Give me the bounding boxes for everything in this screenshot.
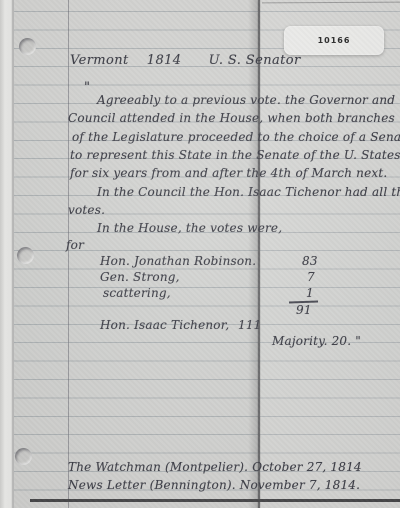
- citation-line: The Watchman (Montpelier). October 27, 1…: [68, 460, 362, 474]
- punch-hole-top: [19, 38, 36, 55]
- body-line: of the Legislature proceeded to the choi…: [72, 130, 400, 144]
- page-bottom-edge: [30, 499, 400, 502]
- page-title: Vermont 1814 U. S. Senator: [70, 53, 301, 68]
- body-line: In the Council the Hon. Isaac Tichenor h…: [97, 185, 400, 199]
- tally-row-label: Hon. Jonathan Robinson.: [100, 254, 256, 268]
- catalog-number: 10166: [318, 36, 351, 45]
- body-line: votes.: [68, 203, 105, 217]
- winner-value: 111: [238, 318, 262, 332]
- for-label: for: [66, 238, 84, 252]
- body-line: for six years from and after the 4th of …: [70, 166, 387, 180]
- punch-hole-middle: [17, 247, 34, 264]
- punch-hole-bottom: [15, 448, 32, 465]
- tally-row-value: 83: [302, 254, 318, 268]
- scanner-edge-strip: [0, 0, 14, 508]
- tally-row-value: 7: [307, 270, 315, 284]
- body-line: to represent this State in the Senate of…: [70, 148, 400, 162]
- winner-label: Hon. Isaac Tichenor,: [100, 318, 229, 332]
- notebook-paper: 10166 Vermont 1814 U. S. Senator " Agree…: [0, 0, 400, 508]
- center-fold-line: [258, 0, 260, 508]
- body-line: In the House, the votes were,: [97, 221, 282, 235]
- right-page-area: [260, 0, 400, 508]
- tally-row-value: 1: [306, 286, 314, 300]
- catalog-sticker: 10166: [284, 26, 384, 55]
- document-scan: 10166 Vermont 1814 U. S. Senator " Agree…: [0, 0, 400, 508]
- margin-line: [68, 0, 69, 508]
- majority-note: Majority. 20. ": [272, 334, 361, 348]
- total-value: 91: [296, 303, 312, 317]
- tally-row-label: Gen. Strong,: [100, 270, 180, 284]
- citation-line: News Letter (Bennington). November 7, 18…: [68, 478, 360, 492]
- body-line: Council attended in the House, when both…: [68, 111, 395, 125]
- open-quote-mark: ": [84, 80, 90, 95]
- body-line: Agreeably to a previous vote. the Govern…: [97, 93, 395, 107]
- tally-row-label: scattering,: [103, 286, 171, 300]
